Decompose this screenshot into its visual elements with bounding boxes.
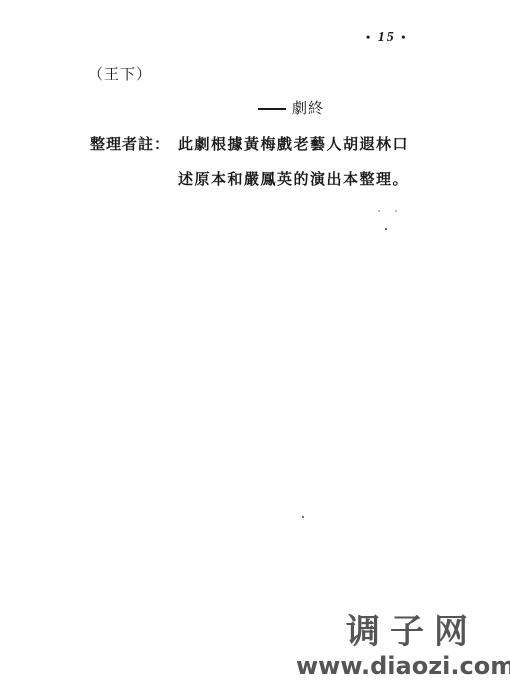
page-number-value: 15 <box>378 30 396 45</box>
editor-note-line-2: 述原本和嚴鳳英的演出本整理。 <box>178 168 409 189</box>
page-number-dot-left: • <box>366 30 372 44</box>
curtain-line: 劇終 <box>258 97 324 118</box>
editor-note-label: 整理者註： <box>90 133 170 154</box>
curtain-dash <box>258 108 286 110</box>
scan-speck <box>302 516 304 518</box>
curtain-text: 劇終 <box>292 99 324 117</box>
page-number: • 15 • <box>366 30 407 46</box>
scan-speck <box>385 228 387 230</box>
page-number-dot-right: • <box>401 30 407 44</box>
watermark-title: 调子网 <box>300 612 510 652</box>
scan-speck <box>395 210 397 212</box>
stage-direction: （王下） <box>88 63 152 84</box>
editor-note-line-1: 此劇根據黃梅戲老藝人胡遐林口 <box>178 133 409 154</box>
watermark-url: www.diaozi.com <box>296 652 510 680</box>
watermark: 调子网 www.diaozi.com <box>300 612 510 680</box>
scan-speck <box>378 210 380 212</box>
